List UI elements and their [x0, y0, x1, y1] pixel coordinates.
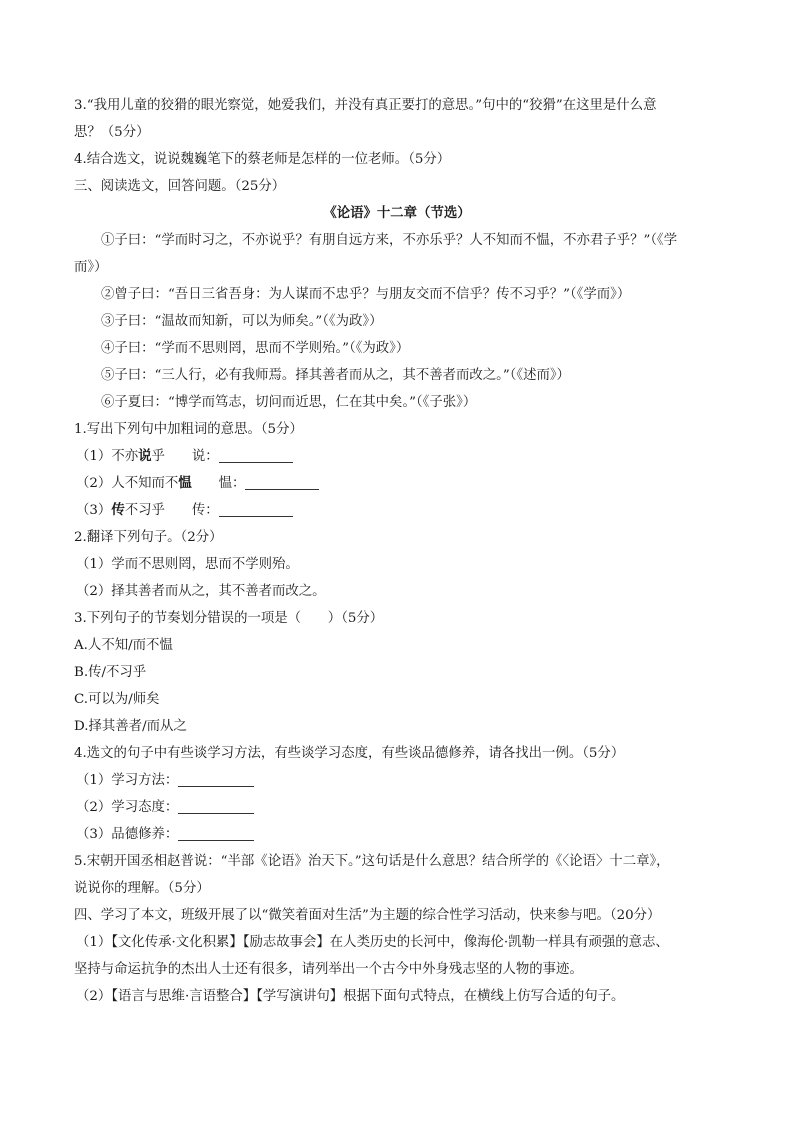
section-4-item-1-line-1: （1）【文化传承·文化积累】【励志故事会】在人类历史的长河中，像海伦·凯勒一样具…	[74, 929, 720, 956]
q1-bold-word: 传	[111, 502, 124, 518]
question-3-line-1: 3.“我用儿童的狡猾的眼光察觉，她爱我们，并没有真正要打的意思。”句中的“狡猾”…	[74, 92, 720, 119]
q4-label: （1）学习方法：	[76, 773, 178, 788]
q5-line-2: 说说你的理解。（5分）	[74, 875, 720, 902]
q3-prompt: 3.下列句子的节奏划分错误的一项是（ ）（5分）	[74, 605, 720, 632]
q4-label: （3）品德修养：	[76, 827, 178, 842]
q3-option-b[interactable]: B.传/不习乎	[74, 659, 720, 686]
q1-answer-blank-2[interactable]	[245, 475, 319, 490]
q1-bold-word: 愠	[178, 475, 191, 491]
passage-2: ②曾子曰：“吾日三省吾身：为人谋而不忠乎？与朋友交而不信乎？传不习乎？”（《学而…	[74, 281, 720, 308]
exam-page: 3.“我用儿童的狡猾的眼光察觉，她爱我们，并没有真正要打的意思。”句中的“狡猾”…	[74, 92, 720, 1010]
passage-title: 《论语》十二章（节选）	[74, 200, 720, 227]
q1-item-text-post: 乎	[151, 449, 164, 464]
q1-item-text-pre: 人不知而不	[111, 476, 178, 491]
q4-label: （2）学习态度：	[76, 800, 178, 815]
question-4: 4.结合选文，说说魏巍笔下的蔡老师是怎样的一位老师。（5分）	[74, 146, 720, 173]
section-4-item-1-line-2: 坚持与命运抗争的杰出人士还有很多，请列举出一个古今中外身残志坚的人物的事迹。	[74, 956, 720, 983]
q4-item-3: （3）品德修养：	[74, 821, 720, 848]
q1-item-number: （3）	[76, 503, 111, 518]
section-4-item-2: （2）【语言与思维·言语整合】【学写演讲句】根据下面句式特点，在横线上仿写合适的…	[74, 983, 720, 1010]
q1-answer-label: 传：	[192, 503, 219, 518]
passage-5: ⑤子曰：“三人行，必有我师焉。择其善者而从之，其不善者而改之。”（《述而》）	[74, 362, 720, 389]
question-3-line-2: 思？（5分）	[74, 119, 720, 146]
passage-3: ③子曰：“温故而知新，可以为师矣。”（《为政》）	[74, 308, 720, 335]
q1-prompt: 1.写出下列句中加粗词的意思。（5分）	[74, 416, 720, 443]
q1-item-3: （3）传不习乎传：	[74, 497, 720, 524]
q1-bold-word: 说	[138, 448, 151, 464]
q4-prompt: 4.选文的句子中有些谈学习方法，有些谈学习态度，有些谈品德修养，请各找出一例。（…	[74, 740, 720, 767]
q3-option-d[interactable]: D.择其善者/而从之	[74, 713, 720, 740]
q1-item-number: （2）	[76, 476, 111, 491]
passage-1-line-2: 而》）	[74, 254, 720, 281]
q1-item-2: （2）人不知而不愠愠：	[74, 470, 720, 497]
q2-item-2: （2）择其善者而从之，其不善者而改之。	[74, 578, 720, 605]
q4-item-2: （2）学习态度：	[74, 794, 720, 821]
q4-answer-blank-2[interactable]	[178, 799, 254, 814]
q2-prompt: 2.翻译下列句子。（2分）	[74, 524, 720, 551]
q3-option-a[interactable]: A.人不知/而不愠	[74, 632, 720, 659]
q1-answer-label: 愠：	[219, 476, 246, 491]
passage-6: ⑥子夏曰：“博学而笃志，切问而近思，仁在其中矣。”（《子张》）	[74, 389, 720, 416]
q2-item-1: （1）学而不思则罔，思而不学则殆。	[74, 551, 720, 578]
q4-item-1: （1）学习方法：	[74, 767, 720, 794]
passage-4: ④子曰：“学而不思则罔，思而不学则殆。”（《为政》）	[74, 335, 720, 362]
q1-item-1: （1）不亦说乎说：	[74, 443, 720, 470]
q4-answer-blank-3[interactable]	[178, 826, 254, 841]
q1-item-number: （1）	[76, 449, 111, 464]
q1-item-text-post: 不习乎	[125, 503, 165, 518]
q1-answer-label: 说：	[192, 449, 219, 464]
section-4-heading: 四、学习了本文，班级开展了以“微笑着面对生活”为主题的综合性学习活动，快来参与吧…	[74, 902, 720, 929]
q1-answer-blank-1[interactable]	[219, 448, 293, 463]
q5-line-1: 5.宋朝开国丞相赵普说：“半部《论语》治天下。”这句话是什么意思？结合所学的《〈…	[74, 848, 720, 875]
q4-answer-blank-1[interactable]	[178, 772, 254, 787]
passage-1-line-1: ①子曰：“学而时习之，不亦说乎？有朋自远方来，不亦乐乎？人不知而不愠，不亦君子乎…	[74, 227, 720, 254]
section-3-heading: 三、阅读选文，回答问题。（25分）	[74, 173, 720, 200]
q1-item-text-pre: 不亦	[111, 449, 138, 464]
q3-option-c[interactable]: C.可以为/师矣	[74, 686, 720, 713]
q1-answer-blank-3[interactable]	[219, 502, 293, 517]
